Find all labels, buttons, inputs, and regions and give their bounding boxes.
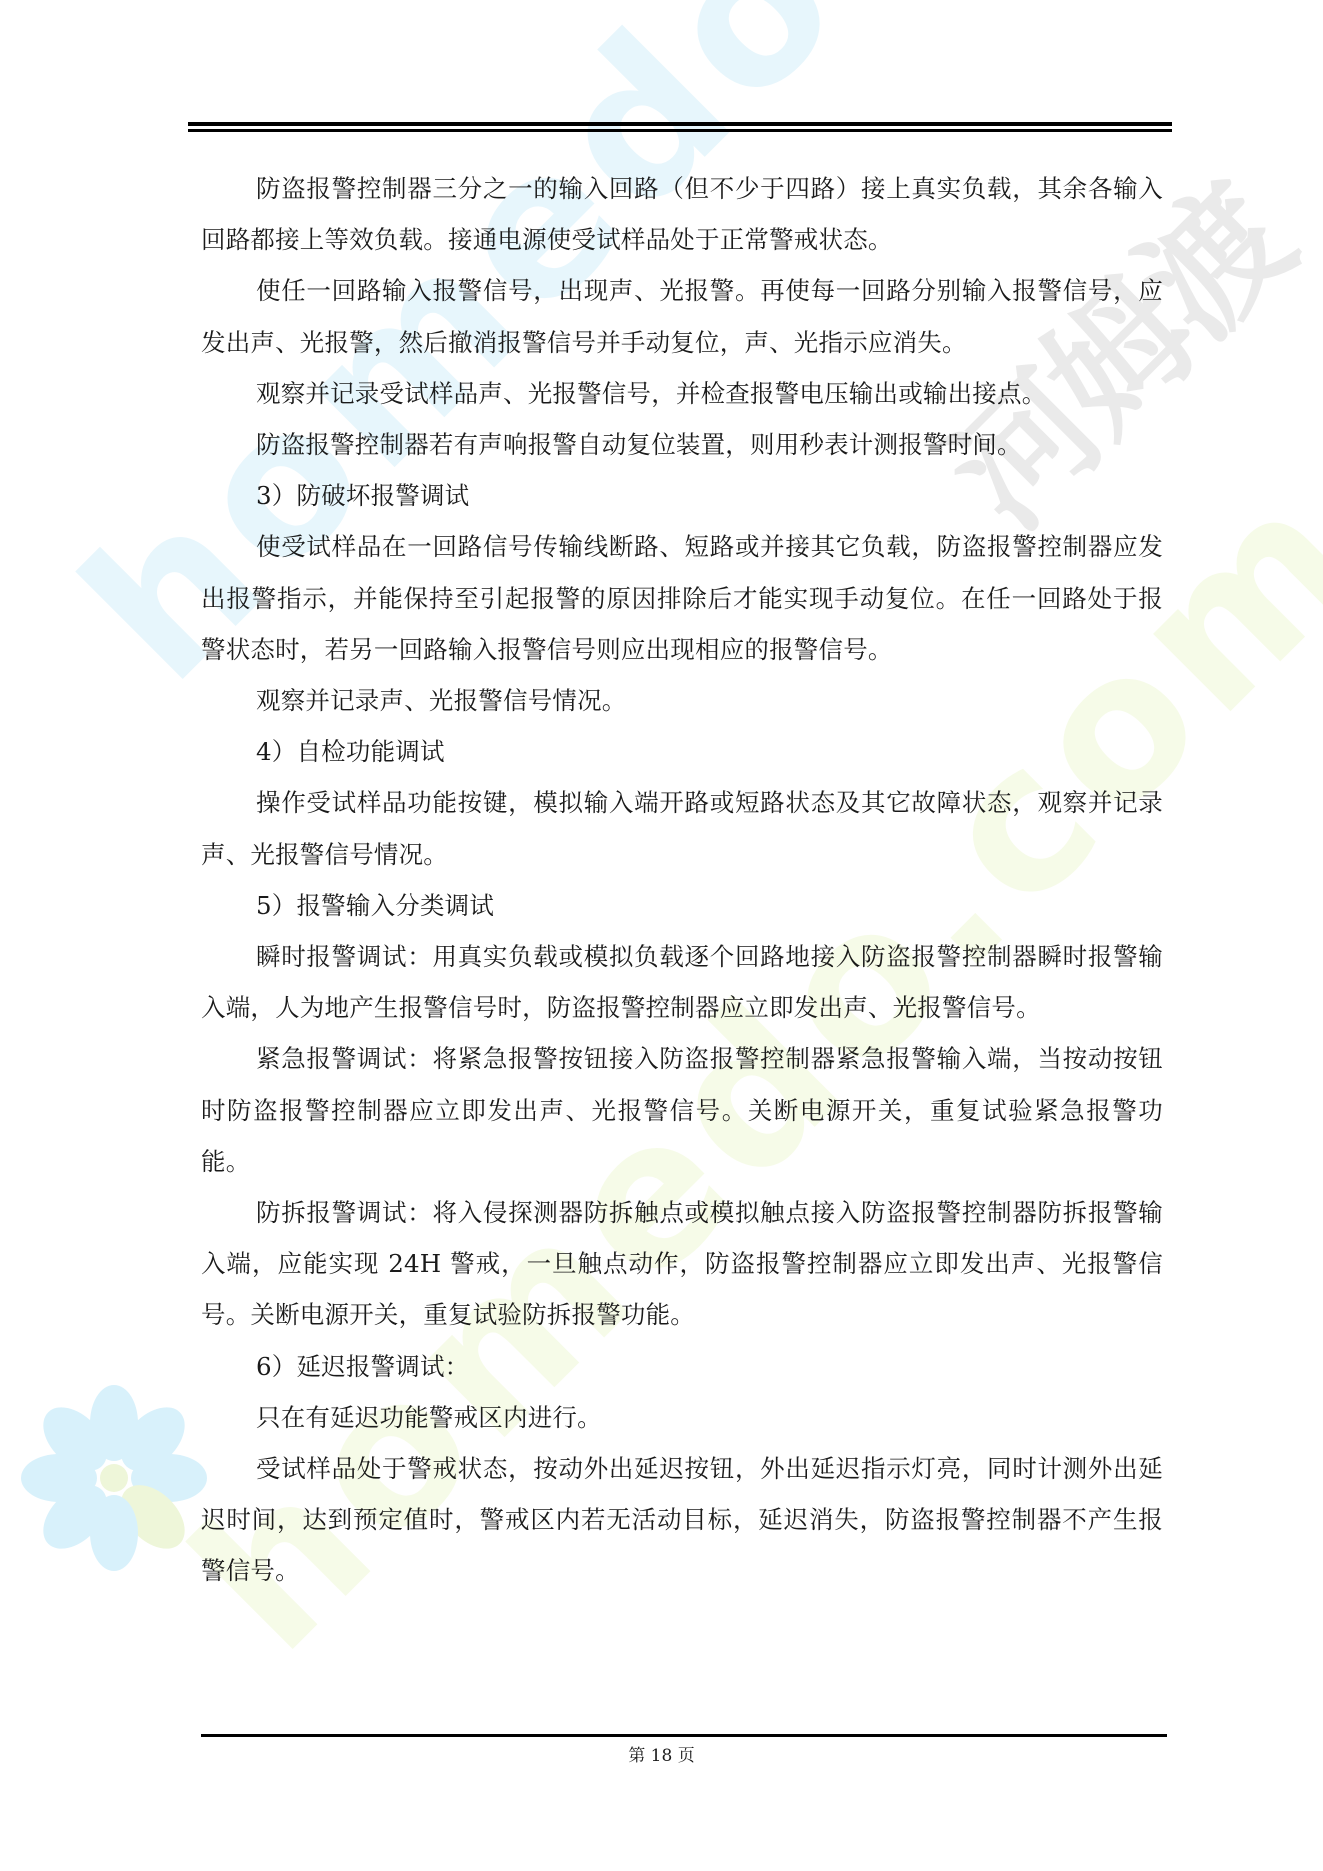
paragraph: 防盗报警控制器若有声响报警自动复位装置，则用秒表计测报警时间。 bbox=[201, 419, 1163, 470]
paragraph: 防盗报警控制器三分之一的输入回路（但不少于四路）接上真实负载，其余各输入回路都接… bbox=[201, 163, 1163, 265]
paragraph: 使受试样品在一回路信号传输线断路、短路或并接其它负载，防盗报警控制器应发出报警指… bbox=[201, 521, 1163, 675]
paragraph: 观察并记录声、光报警信号情况。 bbox=[201, 675, 1163, 726]
header-rule-thin bbox=[188, 129, 1172, 132]
paragraph: 观察并记录受试样品声、光报警信号，并检查报警电压输出或输出接点。 bbox=[201, 368, 1163, 419]
document-body: 防盗报警控制器三分之一的输入回路（但不少于四路）接上真实负载，其余各输入回路都接… bbox=[201, 163, 1163, 1597]
paragraph: 使任一回路输入报警信号，出现声、光报警。再使每一回路分别输入报警信号，应发出声、… bbox=[201, 265, 1163, 367]
paragraph: 瞬时报警调试：用真实负载或模拟负载逐个回路地接入防盗报警控制器瞬时报警输入端，人… bbox=[201, 931, 1163, 1033]
paragraph: 受试样品处于警戒状态，按动外出延迟按钮，外出延迟指示灯亮，同时计测外出延迟时间，… bbox=[201, 1443, 1163, 1597]
paragraph: 操作受试样品功能按键，模拟输入端开路或短路状态及其它故障状态，观察并记录声、光报… bbox=[201, 777, 1163, 879]
paragraph: 防拆报警调试：将入侵探测器防拆触点或模拟触点接入防盗报警控制器防拆报警输入端，应… bbox=[201, 1187, 1163, 1341]
section-heading-5: 5）报警输入分类调试 bbox=[201, 880, 1163, 931]
paragraph: 紧急报警调试：将紧急报警按钮接入防盗报警控制器紧急报警输入端，当按动按钮时防盗报… bbox=[201, 1033, 1163, 1187]
section-heading-6: 6）延迟报警调试： bbox=[201, 1341, 1163, 1392]
section-heading-4: 4）自检功能调试 bbox=[201, 726, 1163, 777]
footer-rule bbox=[201, 1734, 1167, 1737]
flower-logo-icon bbox=[14, 1378, 214, 1578]
paragraph: 只在有延迟功能警戒区内进行。 bbox=[201, 1392, 1163, 1443]
header-double-rule bbox=[188, 122, 1172, 132]
section-heading-3: 3）防破坏报警调试 bbox=[201, 470, 1163, 521]
page-number: 第 18 页 bbox=[0, 1741, 1323, 1766]
